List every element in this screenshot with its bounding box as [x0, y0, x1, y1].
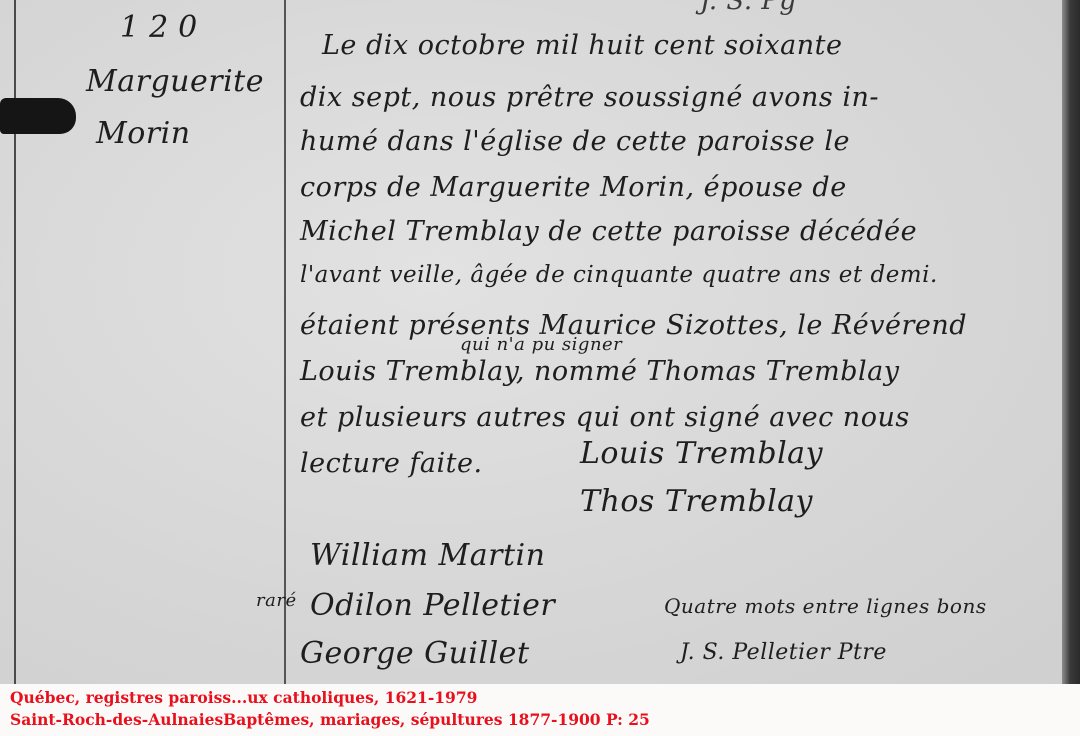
- signature: J. S. Pelletier Ptre: [680, 640, 887, 665]
- body-line: corps de Marguerite Morin, épouse de: [300, 172, 847, 203]
- signature: Thos Tremblay: [580, 484, 813, 519]
- body-line: et plusieurs autres qui ont signé avec n…: [300, 402, 910, 433]
- margin-note: raré: [256, 590, 297, 611]
- signature: Odilon Pelletier: [310, 588, 555, 623]
- top-fragment: J. S. Pg: [700, 0, 797, 16]
- body-line: Michel Tremblay de cette paroisse décédé…: [300, 216, 917, 247]
- signature: William Martin: [310, 538, 545, 573]
- body-line: lecture faite.: [300, 448, 483, 479]
- caption-line-2: Saint-Roch-des-AulnaiesBaptêmes, mariage…: [10, 709, 650, 731]
- signature: George Guillet: [300, 636, 530, 671]
- body-line: dix sept, nous prêtre soussigné avons in…: [300, 82, 879, 113]
- ink-blot: [0, 98, 76, 134]
- body-line: l'avant veille, âgée de cinquante quatre…: [300, 262, 938, 288]
- closing-note: Quatre mots entre lignes bons: [664, 594, 987, 618]
- body-line: Le dix octobre mil huit cent soixante: [322, 30, 842, 61]
- margin-last-name: Morin: [96, 116, 191, 151]
- body-line: Louis Tremblay, nommé Thomas Tremblay: [300, 356, 899, 387]
- caption-line-1: Québec, registres paroiss...ux catholiqu…: [10, 687, 650, 709]
- body-line: étaient présents Maurice Sizottes, le Ré…: [300, 310, 967, 341]
- entry-number: 120: [120, 10, 207, 45]
- interlinear-note: qui n'a pu signer: [460, 334, 622, 355]
- column-rule: [284, 0, 286, 684]
- source-caption: Québec, registres paroiss...ux catholiqu…: [10, 687, 650, 731]
- margin-first-name: Marguerite: [86, 64, 264, 99]
- register-scan: J. S. Pg 120 Marguerite Morin Le dix oct…: [0, 0, 1080, 684]
- book-binding-edge: [1062, 0, 1080, 684]
- body-line: humé dans l'église de cette paroisse le: [300, 126, 850, 157]
- signature: Louis Tremblay: [580, 436, 823, 471]
